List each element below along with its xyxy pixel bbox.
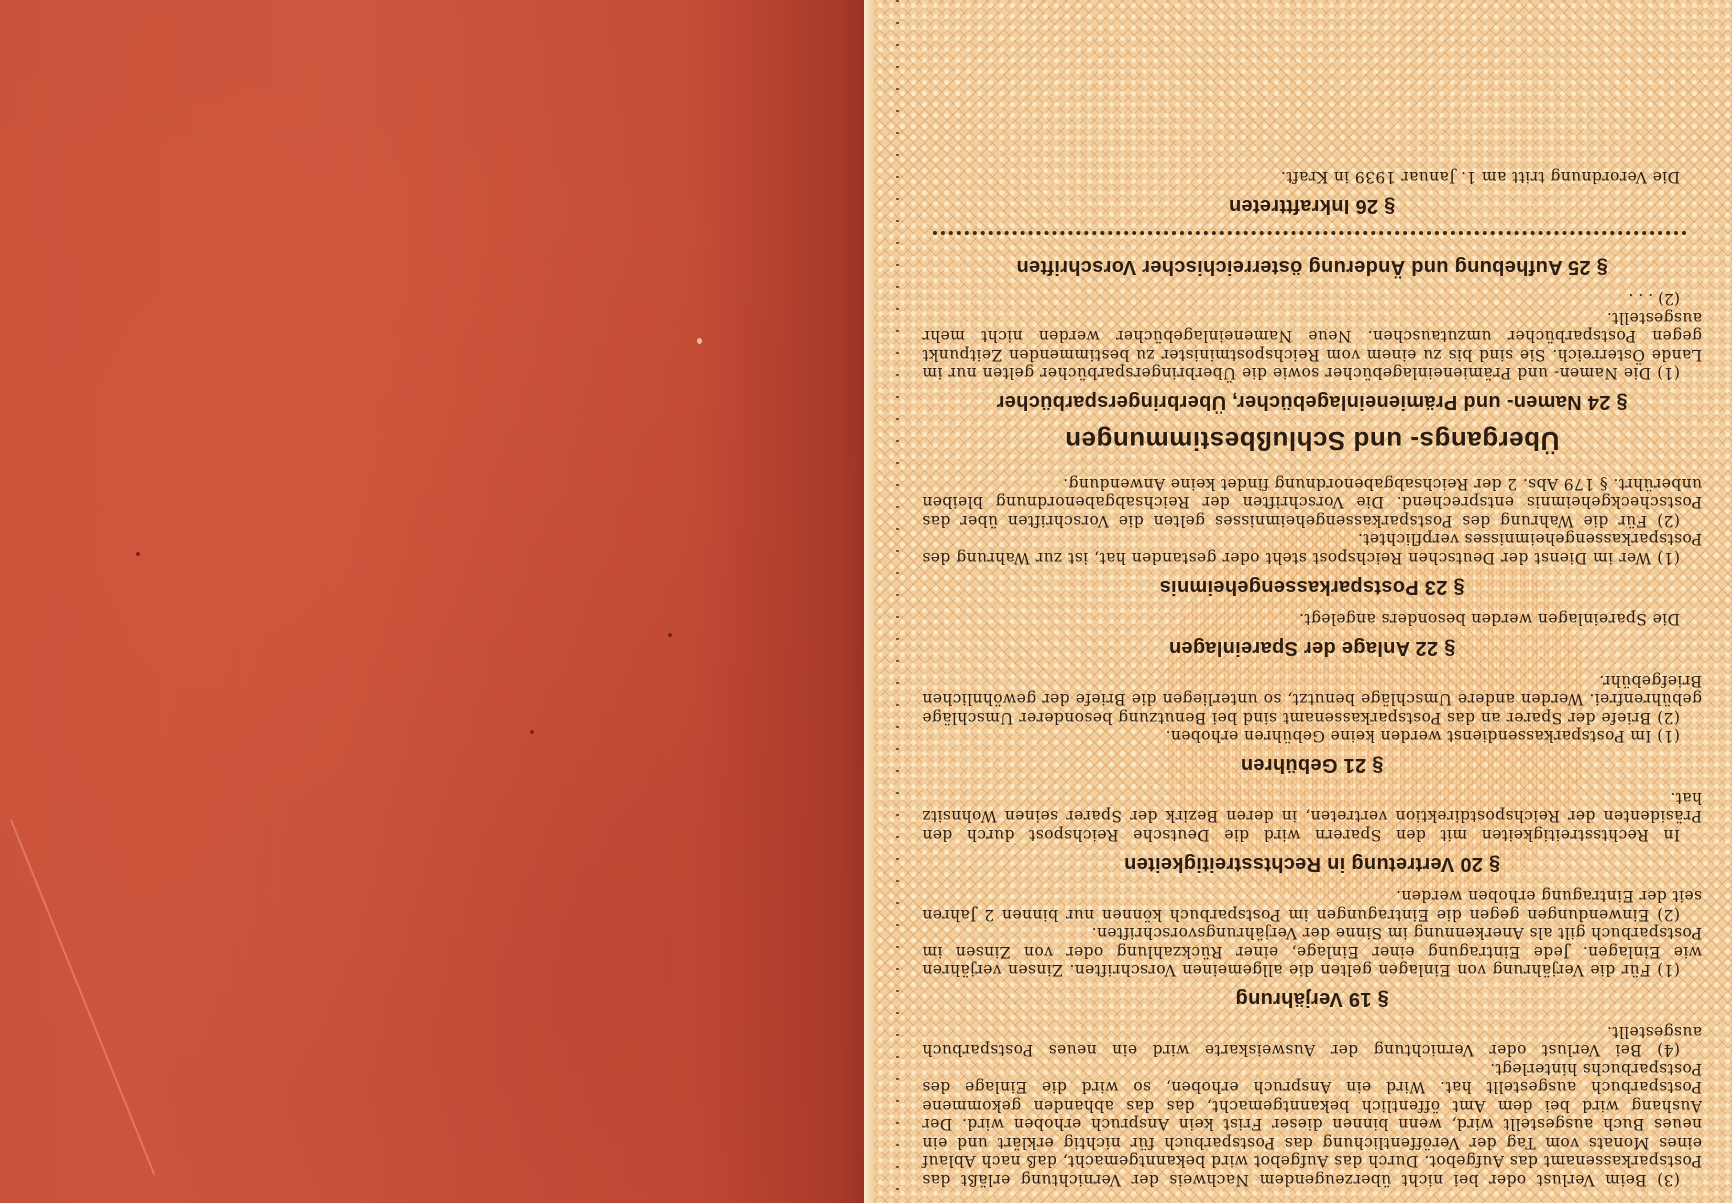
s19-para-2: (2) Einwendungen gegen die Eintragungen … [922, 887, 1702, 924]
s19-para-1: (1) Für die Verjährung von Einlagen gelt… [922, 924, 1702, 980]
omission-dotted-rule [932, 232, 1686, 236]
s21-para-2: (2) Briefe der Sparer an das Postsparkas… [922, 672, 1702, 728]
rotated-content: (3) Beim Verlust oder bei nicht überzeug… [864, 0, 1732, 1203]
s24-para-1: (1) Die Namen- und Prämieneinlagebücher … [922, 309, 1702, 383]
s23-para-1: (1) Wer im Dienst der Deutschen Reichspo… [922, 530, 1702, 567]
s22-para-1: Die Spareinlagen werden besonders angele… [922, 610, 1702, 629]
section-21-title: § 21 Gebühren [922, 754, 1702, 777]
section-22-title: § 22 Anlage der Spareinlagen [922, 637, 1702, 660]
s21-para-1: (1) Im Postsparkassendienst werden keine… [922, 727, 1702, 746]
s26-para-1: Die Verordnung tritt am 1. Januar 1939 i… [922, 168, 1702, 187]
section-20-title: § 20 Vertretung in Rechtsstreitigkeiten [922, 852, 1702, 875]
section-19-title: § 19 Verjährung [922, 988, 1702, 1011]
section-23-title: § 23 Postsparkassengeheimnis [922, 575, 1702, 598]
paper-speck [530, 730, 534, 734]
s18-para-4: (4) Bei Verlust oder Vernichtung der Aus… [922, 1023, 1702, 1060]
s20-para-1: In Rechtsstreitigkeiten mit den Sparern … [922, 789, 1702, 845]
s18-para-3: (3) Beim Verlust oder bei nicht überzeug… [922, 1060, 1702, 1190]
paper-crease [10, 819, 155, 1175]
part-title-transitional-provisions: Übergangs- und Schlußbestimmungen [922, 426, 1702, 457]
s23-para-2: (2) Für die Wahrung des Postsparkassenge… [922, 475, 1702, 531]
right-page-text: (3) Beim Verlust oder bei nicht überzeug… [864, 0, 1732, 1203]
section-26-title: § 26 Inkrafttreten [922, 195, 1702, 218]
paper-speck [668, 633, 672, 637]
paper-speck [136, 552, 140, 556]
book-spread: (3) Beim Verlust oder bei nicht überzeug… [0, 0, 1732, 1203]
section-24-title: § 24 Namen- und Prämieneinlagebücher, Üb… [922, 391, 1702, 414]
section-25-title: § 25 Aufhebung und Änderung österreichis… [922, 256, 1702, 279]
paper-speck [697, 338, 702, 344]
left-page-red-cover [0, 0, 864, 1203]
s24-para-2: (2) . . . [922, 291, 1680, 309]
